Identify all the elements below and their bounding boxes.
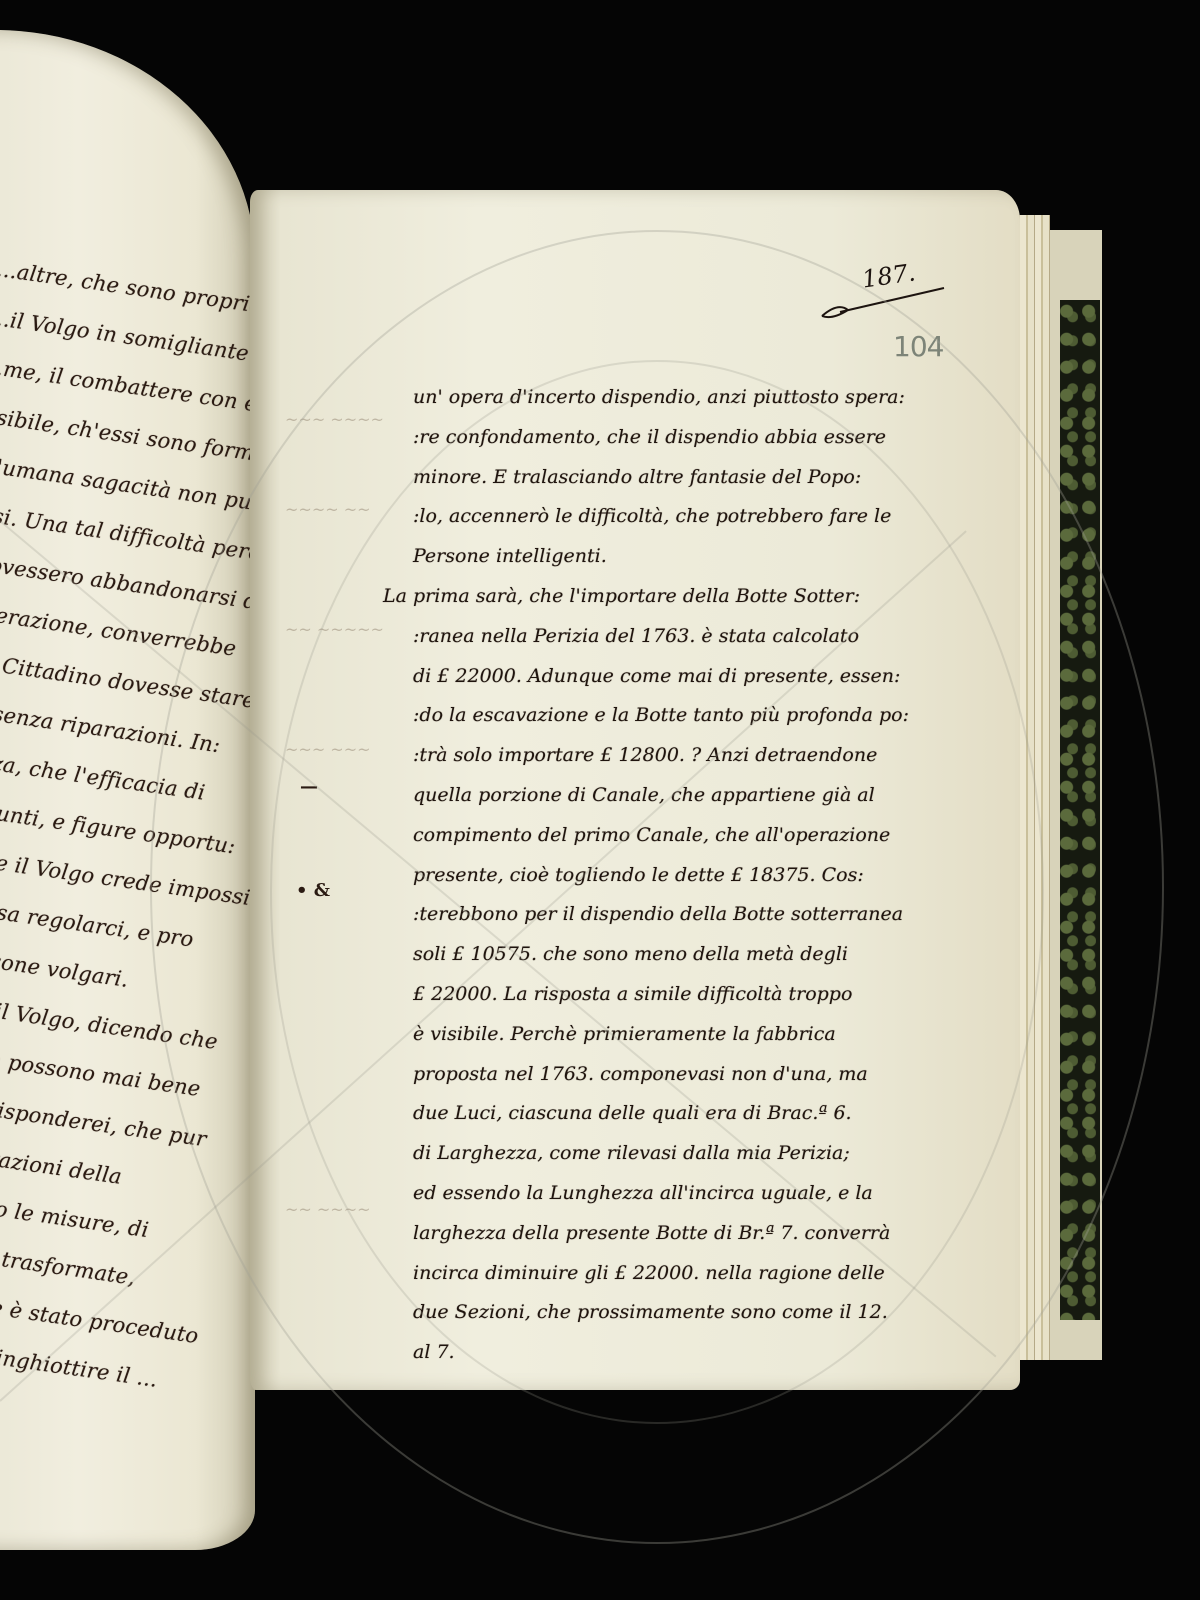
- bleed-through-text: ~~~~ ~~: [285, 500, 385, 519]
- margin-mark-symbol: • &: [296, 880, 330, 901]
- manuscript-line: incirca diminuire gli £ 22000. nella rag…: [395, 1254, 915, 1294]
- manuscript-line: :lo, accennerò le difficoltà, che potreb…: [395, 497, 915, 537]
- manuscript-line: :do la escavazione e la Botte tanto più …: [395, 696, 915, 736]
- manuscript-photo: ...altre, che sono proprie delle ...il V…: [0, 0, 1200, 1600]
- folio-flourish-icon: [818, 282, 948, 322]
- manuscript-line: :trà solo importare £ 12800. ? Anzi detr…: [395, 736, 915, 776]
- manuscript-line: è visibile. Perchè primieramente la fabb…: [395, 1015, 915, 1055]
- bleed-through-text: ~~ ~~~~: [285, 1200, 385, 1219]
- manuscript-line: Persone intelligenti.: [395, 537, 915, 577]
- manuscript-line: due Luci, ciascuna delle quali era di Br…: [395, 1094, 915, 1134]
- manuscript-line: :ranea nella Perizia del 1763. è stata c…: [395, 617, 915, 657]
- manuscript-line: minore. E tralasciando altre fantasie de…: [395, 458, 915, 498]
- manuscript-line: :terebbono per il dispendio della Botte …: [395, 895, 915, 935]
- manuscript-line: proposta nel 1763. componevasi non d'una…: [395, 1055, 915, 1095]
- manuscript-line: compimento del primo Canale, che all'ope…: [395, 816, 915, 856]
- manuscript-line: soli £ 10575. che sono meno della metà d…: [395, 935, 915, 975]
- manuscript-line: di Larghezza, come rilevasi dalla mia Pe…: [395, 1134, 915, 1174]
- manuscript-line: :re confondamento, che il dispendio abbi…: [395, 418, 915, 458]
- bleed-through-text: ~~ ~~~~~: [285, 620, 385, 639]
- manuscript-line: due Sezioni, che prossimamente sono come…: [395, 1293, 915, 1333]
- marbled-cover-edge: [1060, 300, 1100, 1320]
- bleed-through-text: ~~~ ~~~: [285, 740, 385, 759]
- left-page-text: ...altre, che sono proprie delle ...il V…: [0, 245, 253, 1397]
- manuscript-line: presente, cioè togliendo le dette £ 1837…: [395, 856, 915, 896]
- manuscript-line: La prima sarà, che l'importare della Bot…: [383, 577, 915, 617]
- manuscript-line: ed essendo la Lunghezza all'incirca ugua…: [395, 1174, 915, 1214]
- manuscript-line: £ 22000. La risposta a simile difficoltà…: [395, 975, 915, 1015]
- left-page: ...altre, che sono proprie delle ...il V…: [0, 30, 255, 1550]
- manuscript-line: un' opera d'incerto dispendio, anzi piut…: [395, 378, 915, 418]
- manuscript-line: al 7.: [395, 1333, 915, 1373]
- manuscript-line: larghezza della presente Botte di Br.ª 7…: [395, 1214, 915, 1254]
- bleed-through-text: ~~~ ~~~~: [285, 410, 385, 429]
- manuscript-line: di £ 22000. Adunque come mai di presente…: [395, 657, 915, 697]
- archive-pencil-number: 104: [893, 330, 943, 363]
